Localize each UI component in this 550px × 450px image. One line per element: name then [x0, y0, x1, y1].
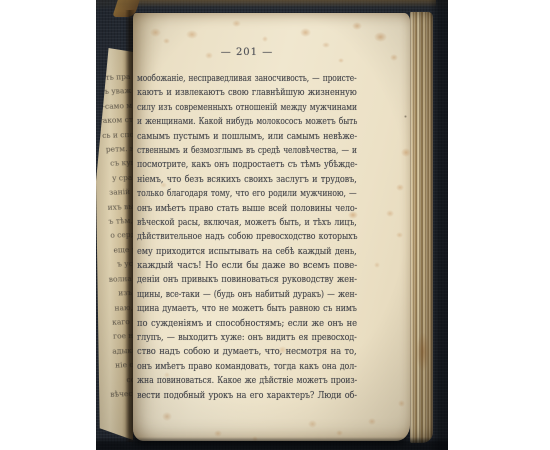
text-line: силу изъ современныхъ отношеній между му… [137, 101, 322, 115]
screenshot: { "book_photo": { "page": { "number": "2… [0, 0, 550, 450]
text-line: вести подобный урокъ на его характеръ? Л… [137, 389, 335, 403]
text-line: каждый часъ! Но если бы даже во всемъ по… [137, 259, 351, 273]
text-line: деніи онъ привыкъ повиноваться руководст… [137, 273, 335, 287]
text-line: ство надъ собою и думаетъ, что, несмотря… [137, 345, 342, 359]
text-line: жна повиноваться. Какое же дѣйствіе може… [137, 374, 326, 388]
text-line: и женщинами. Какой нибудь молокососъ мож… [137, 115, 321, 129]
page-number: — 201 — [137, 47, 357, 58]
text-line: каютъ и извлекаютъ свою главнѣйшую жизне… [137, 86, 334, 100]
text-line: глупъ, — выходитъ хуже: онъ видитъ ея пр… [137, 331, 333, 345]
book-page: — 201 — мообожаніе, несправедливая занос… [133, 13, 410, 441]
book-cover-top-edge [126, 0, 436, 7]
fore-edge-page-stack [410, 12, 433, 443]
text-line: ему приходится испытывать на себѣ каждый… [137, 245, 335, 259]
text-line: посмотрите, какъ онъ подростаетъ съ тѣмъ… [137, 158, 332, 172]
text-line: щина думаетъ, что не можетъ быть равною … [137, 302, 329, 316]
text-block: мообожаніе, несправедливая заносчивость,… [137, 72, 357, 403]
text-line: только благодаря тому, что его родили му… [137, 187, 324, 201]
text-line: онъ имѣетъ право командовать, тогда какъ… [137, 360, 331, 374]
text-line: самымъ пустымъ и пошлымъ, или самымъ нев… [137, 130, 335, 144]
text-line: щины, все-таки — (будь онъ набитый дурак… [137, 288, 325, 302]
text-line: ніемъ, что безъ всякихъ своихъ заслугъ и… [137, 173, 335, 187]
text-line: онъ имѣетъ право стать выше всей половин… [137, 202, 334, 216]
text-line: мообожаніе, несправедливая заносчивость,… [137, 72, 320, 86]
text-line: по сужденіямъ и способностямъ; если же о… [137, 317, 342, 331]
book-photo: ть пра ъ уваж -само м таком ст сь и спо … [96, 0, 448, 450]
text-line: дѣйствительное надъ собою превосходство … [137, 230, 329, 244]
text-line: ственнымъ и безмозглымъ въ средѣ человѣч… [137, 144, 320, 158]
text-line: вѣческой расы, включая, можетъ быть, и т… [137, 216, 329, 230]
